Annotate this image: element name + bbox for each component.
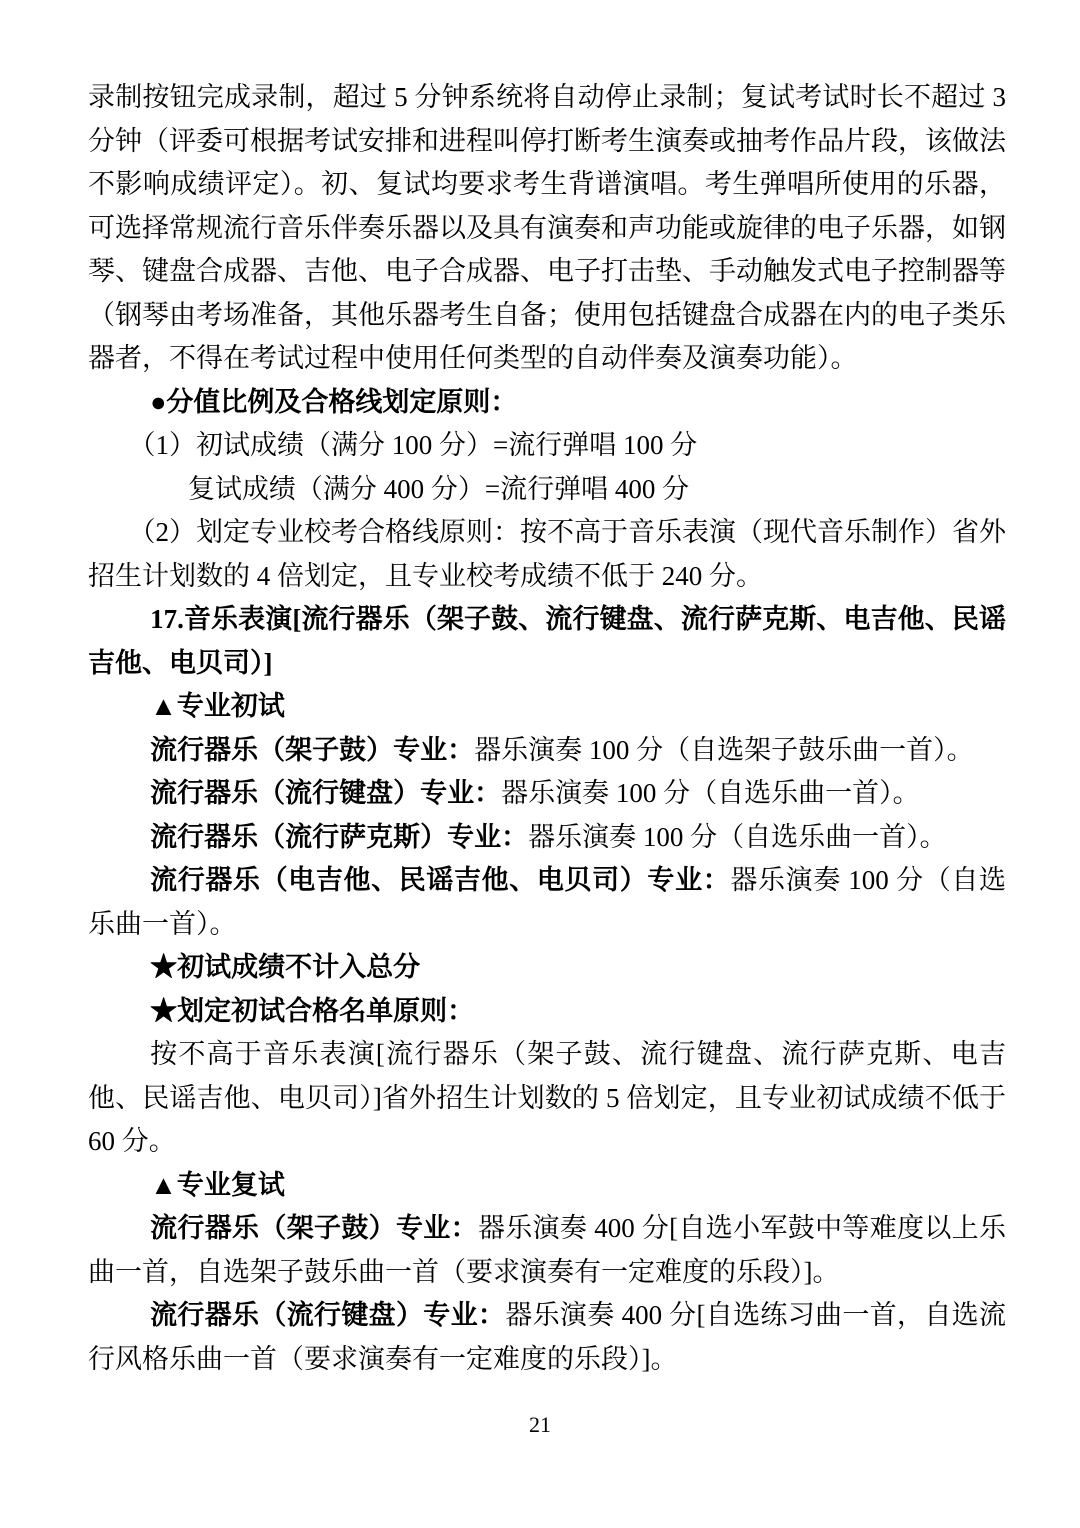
paragraph-text: （2）划定专业校考合格线原则：按不高于音乐表演（现代音乐制作）省外招生计划数的 …	[88, 517, 1006, 591]
document-page: 录制按钮完成录制，超过 5 分钟系统将自动停止录制；复试考试时长不超过 3 分钟…	[0, 0, 1080, 1528]
item-preliminary-keyboard: 流行器乐（流行键盘）专业：器乐演奏 100 分（自选乐曲一首）。	[88, 772, 1006, 816]
paragraph-qualification-detail: 按不高于音乐表演[流行器乐（架子鼓、流行键盘、流行萨克斯、电吉他、民谣吉他、电贝…	[88, 1033, 1006, 1164]
item-final-drums: 流行器乐（架子鼓）专业：器乐演奏 400 分[自选小军鼓中等难度以上乐曲一首，自…	[88, 1207, 1006, 1294]
paragraph-text: 复试成绩（满分 400 分）=流行弹唱 400 分	[188, 474, 689, 504]
heading-qualification-principle: ★划定初试合格名单原则：	[88, 990, 1006, 1034]
page-body-text: 录制按钮完成录制，超过 5 分钟系统将自动停止录制；复试考试时长不超过 3 分钟…	[88, 76, 1006, 1381]
item-preliminary-guitar-bass: 流行器乐（电吉他、民谣吉他、电贝司）专业：器乐演奏 100 分（自选乐曲一首）。	[88, 859, 1006, 946]
paragraph-text: 录制按钮完成录制，超过 5 分钟系统将自动停止录制；复试考试时长不超过 3 分钟…	[88, 82, 1006, 373]
item-first-round-score: （1）初试成绩（满分 100 分）=流行弹唱 100 分	[88, 424, 1006, 468]
paragraph-text: 器乐演奏 100 分（自选乐曲一首）。	[501, 778, 920, 808]
heading-bold-text: ★初试成绩不计入总分	[150, 952, 420, 982]
item-qualification-line: （2）划定专业校考合格线原则：按不高于音乐表演（现代音乐制作）省外招生计划数的 …	[88, 511, 1006, 598]
paragraph-text: 器乐演奏 100 分（自选架子鼓乐曲一首）。	[474, 735, 974, 765]
paragraph-text: 按不高于音乐表演[流行器乐（架子鼓、流行键盘、流行萨克斯、电吉他、民谣吉他、电贝…	[88, 1039, 1006, 1156]
paragraph-text: （1）初试成绩（满分 100 分）=流行弹唱 100 分	[129, 430, 698, 460]
paragraph-bold-prefix: 流行器乐（电吉他、民谣吉他、电贝司）专业：	[150, 865, 730, 895]
paragraph-text: 器乐演奏 100 分（自选乐曲一首）。	[528, 822, 947, 852]
heading-bold-text: 17.音乐表演[流行器乐（架子鼓、流行键盘、流行萨克斯、电吉他、民谣吉他、电贝司…	[88, 604, 1006, 678]
paragraph-bold-prefix: 流行器乐（架子鼓）专业：	[150, 1213, 478, 1243]
heading-bold-text: ●分值比例及合格线划定原则：	[150, 387, 517, 417]
item-preliminary-drums: 流行器乐（架子鼓）专业：器乐演奏 100 分（自选架子鼓乐曲一首）。	[88, 729, 1006, 773]
paragraph-bold-prefix: 流行器乐（流行键盘）专业：	[150, 1300, 505, 1330]
heading-bold-text: ★划定初试合格名单原则：	[150, 996, 474, 1026]
item-preliminary-sax: 流行器乐（流行萨克斯）专业：器乐演奏 100 分（自选乐曲一首）。	[88, 816, 1006, 860]
paragraph-recording-rules: 录制按钮完成录制，超过 5 分钟系统将自动停止录制；复试考试时长不超过 3 分钟…	[88, 76, 1006, 381]
item-second-round-score: 复试成绩（满分 400 分）=流行弹唱 400 分	[88, 468, 1006, 512]
paragraph-bold-prefix: 流行器乐（流行键盘）专业：	[150, 778, 501, 808]
heading-bold-text: ▲专业复试	[150, 1170, 285, 1200]
heading-score-ratio: ●分值比例及合格线划定原则：	[88, 381, 1006, 425]
heading-preliminary-exam: ▲专业初试	[88, 685, 1006, 729]
paragraph-bold-prefix: 流行器乐（架子鼓）专业：	[150, 735, 474, 765]
page-number: 21	[0, 1412, 1080, 1438]
heading-section-17: 17.音乐表演[流行器乐（架子鼓、流行键盘、流行萨克斯、电吉他、民谣吉他、电贝司…	[88, 598, 1006, 685]
heading-final-exam: ▲专业复试	[88, 1164, 1006, 1208]
heading-bold-text: ▲专业初试	[150, 691, 285, 721]
note-preliminary-not-counted: ★初试成绩不计入总分	[88, 946, 1006, 990]
item-final-keyboard: 流行器乐（流行键盘）专业：器乐演奏 400 分[自选练习曲一首，自选流行风格乐曲…	[88, 1294, 1006, 1381]
paragraph-bold-prefix: 流行器乐（流行萨克斯）专业：	[150, 822, 528, 852]
